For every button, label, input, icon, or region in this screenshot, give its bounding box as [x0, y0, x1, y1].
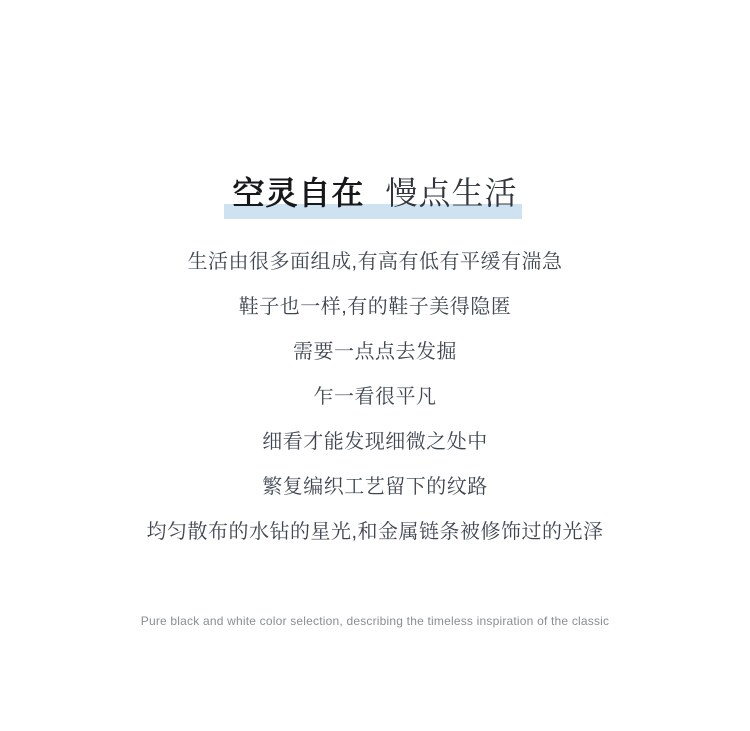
page-title-wrap: 空灵自在 慢点生活	[231, 172, 520, 214]
body-line: 生活由很多面组成,有高有低有平缓有湍急	[0, 240, 750, 285]
footer-caption: Pure black and white color selection, de…	[0, 613, 750, 629]
body-line: 细看才能发现细微之处中	[0, 420, 750, 465]
page-title: 空灵自在 慢点生活	[0, 172, 750, 214]
body-copy: 生活由很多面组成,有高有低有平缓有湍急 鞋子也一样,有的鞋子美得隐匿 需要一点点…	[0, 240, 750, 555]
title-primary-text: 空灵自在	[233, 175, 365, 211]
body-line: 繁复编织工艺留下的纹路	[0, 465, 750, 510]
body-line: 鞋子也一样,有的鞋子美得隐匿	[0, 285, 750, 330]
body-line: 需要一点点去发掘	[0, 330, 750, 375]
title-secondary-text: 慢点生活	[385, 175, 517, 211]
product-description-page: 空灵自在 慢点生活 生活由很多面组成,有高有低有平缓有湍急 鞋子也一样,有的鞋子…	[0, 0, 750, 731]
body-line: 乍一看很平凡	[0, 375, 750, 420]
body-line: 均匀散布的水钻的星光,和金属链条被修饰过的光泽	[0, 510, 750, 555]
